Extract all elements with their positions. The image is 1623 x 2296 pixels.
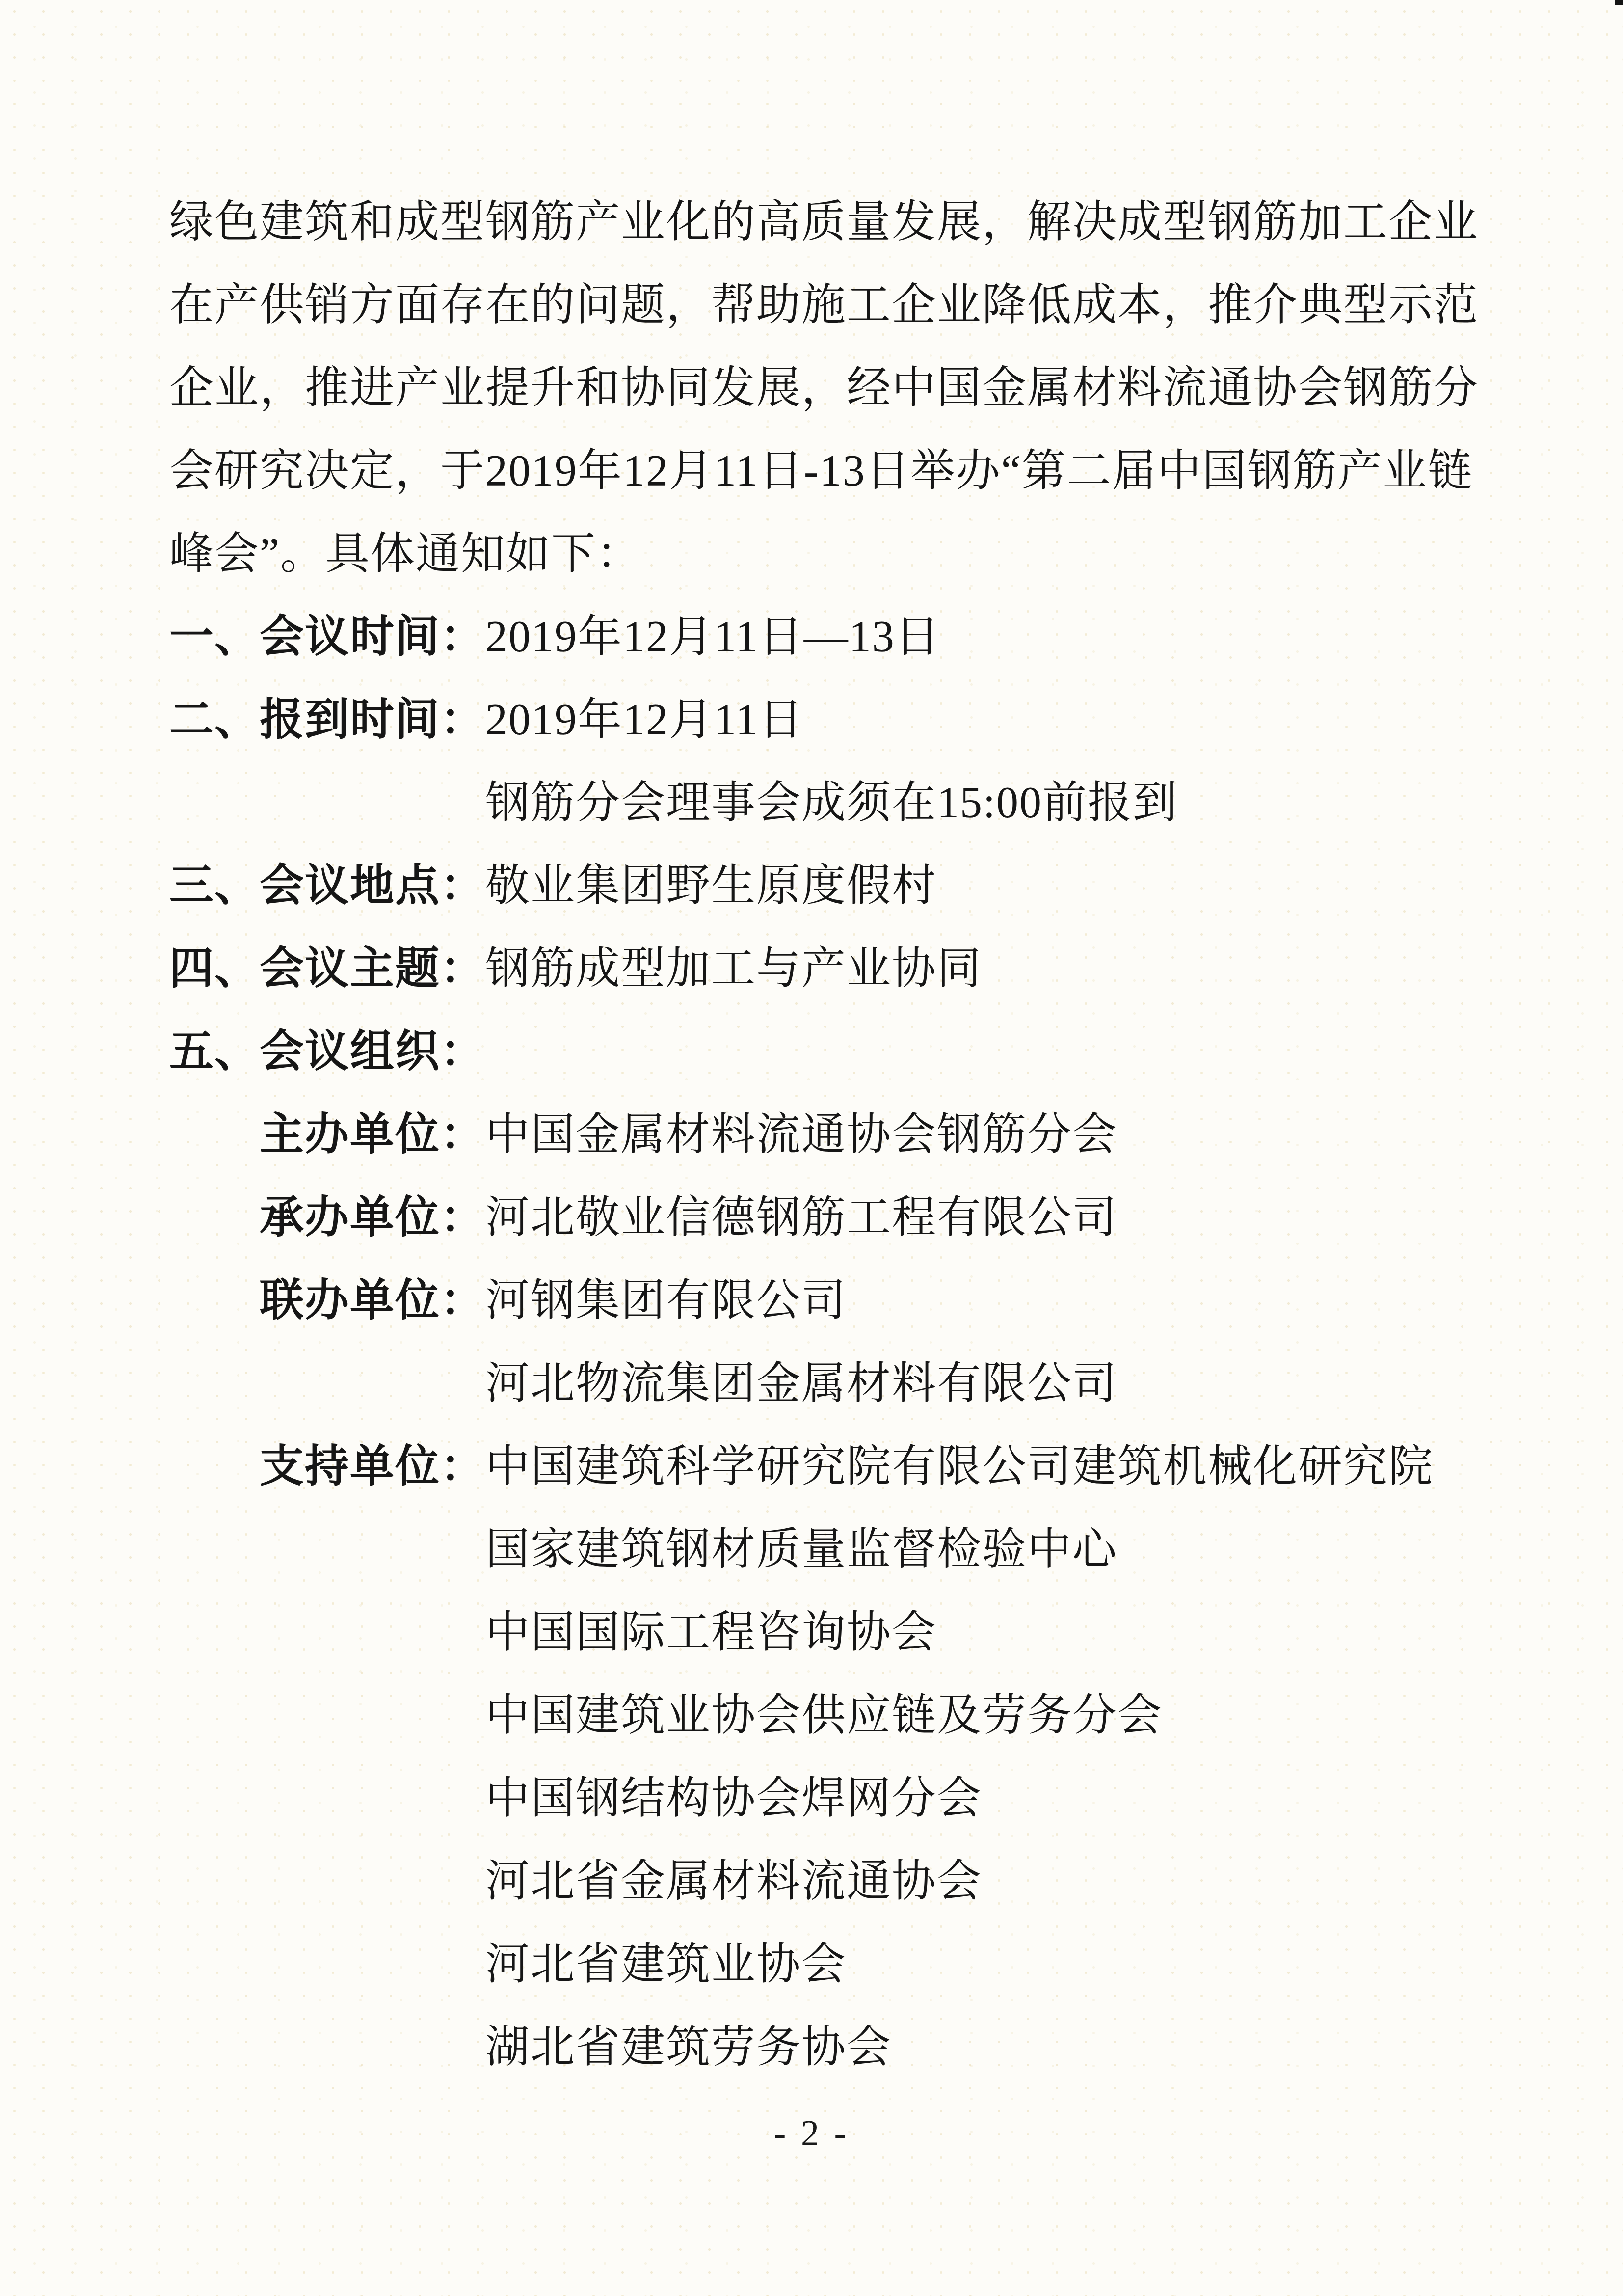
section-checkin-note: 钢筋分会理事会成须在15:00前报到 <box>169 761 1475 844</box>
org-supporter-line: 湖北省建筑劳务协会 <box>169 2006 1475 2089</box>
scan-artifact-mark <box>1615 0 1623 5</box>
org-supporter-line: 河北省建筑业协会 <box>169 1923 1475 2006</box>
section-value: 敬业集团野生原度假村 <box>485 862 937 910</box>
section-value: 钢筋成型加工与产业协同 <box>485 945 982 993</box>
section-meeting-venue: 三、会议地点：敬业集团野生原度假村 <box>169 844 1475 927</box>
org-host: 主办单位：中国金属材料流通协会钢筋分会 <box>169 1093 1475 1176</box>
org-label: 承办单位： <box>260 1193 485 1242</box>
org-undertaker: 承办单位：河北敬业信德钢筋工程有限公司 <box>169 1176 1475 1259</box>
org-value: 河钢集团有限公司 <box>485 1276 847 1325</box>
org-cohost-line: 河北物流集团金属材料有限公司 <box>169 1342 1475 1425</box>
org-value: 中国金属材料流通协会钢筋分会 <box>485 1110 1117 1159</box>
org-value: 中国建筑科学研究院有限公司建筑机械化研究院 <box>485 1442 1434 1491</box>
paragraph-line: 在产供销方面存在的问题，帮助施工企业降低成本，推介典型示范 <box>169 264 1475 347</box>
section-meeting-theme: 四、会议主题：钢筋成型加工与产业协同 <box>169 927 1475 1010</box>
section-meeting-organization: 五、会议组织： <box>169 1010 1475 1093</box>
org-cohost: 联办单位：河钢集团有限公司 <box>169 1259 1475 1342</box>
paragraph-line: 企业，推进产业提升和协同发展，经中国金属材料流通协会钢筋分 <box>169 347 1475 430</box>
section-checkin-time: 二、报到时间：2019年12月11日 <box>169 678 1475 761</box>
org-label: 联办单位： <box>260 1276 485 1325</box>
section-label: 四、会议主题： <box>169 945 485 993</box>
section-label: 三、会议地点： <box>169 862 485 910</box>
section-value: 2019年12月11日—13日 <box>485 613 940 661</box>
org-supporter-line: 国家建筑钢材质量监督检验中心 <box>169 1508 1475 1591</box>
section-label: 二、报到时间： <box>169 696 485 744</box>
org-supporter-line: 中国国际工程咨询协会 <box>169 1591 1475 1674</box>
paragraph-line: 峰会”。具体通知如下： <box>169 513 1475 595</box>
paragraph-line: 会研究决定，于2019年12月11日-13日举办“第二届中国钢筋产业链 <box>169 430 1475 513</box>
org-supporter-line: 河北省金属材料流通协会 <box>169 1840 1475 1923</box>
org-supporter: 支持单位：中国建筑科学研究院有限公司建筑机械化研究院 <box>169 1425 1475 1508</box>
section-label: 五、会议组织： <box>169 1027 485 1076</box>
org-supporter-line: 中国钢结构协会焊网分会 <box>169 1757 1475 1840</box>
org-label: 主办单位： <box>260 1110 485 1159</box>
page-number: - 2 - <box>0 2092 1623 2175</box>
org-label: 支持单位： <box>260 1442 485 1491</box>
document-body-text: 绿色建筑和成型钢筋产业化的高质量发展，解决成型钢筋加工企业 在产供销方面存在的问… <box>169 181 1475 2089</box>
section-meeting-time: 一、会议时间：2019年12月11日—13日 <box>169 595 1475 678</box>
section-label: 一、会议时间： <box>169 613 485 661</box>
org-value: 河北敬业信德钢筋工程有限公司 <box>485 1193 1117 1242</box>
paragraph-line: 绿色建筑和成型钢筋产业化的高质量发展，解决成型钢筋加工企业 <box>169 181 1475 264</box>
scanned-notice-page: { "page": { "number_label": "- 2 -" }, "… <box>0 0 1623 2296</box>
section-value: 2019年12月11日 <box>485 696 804 744</box>
org-supporter-line: 中国建筑业协会供应链及劳务分会 <box>169 1674 1475 1757</box>
